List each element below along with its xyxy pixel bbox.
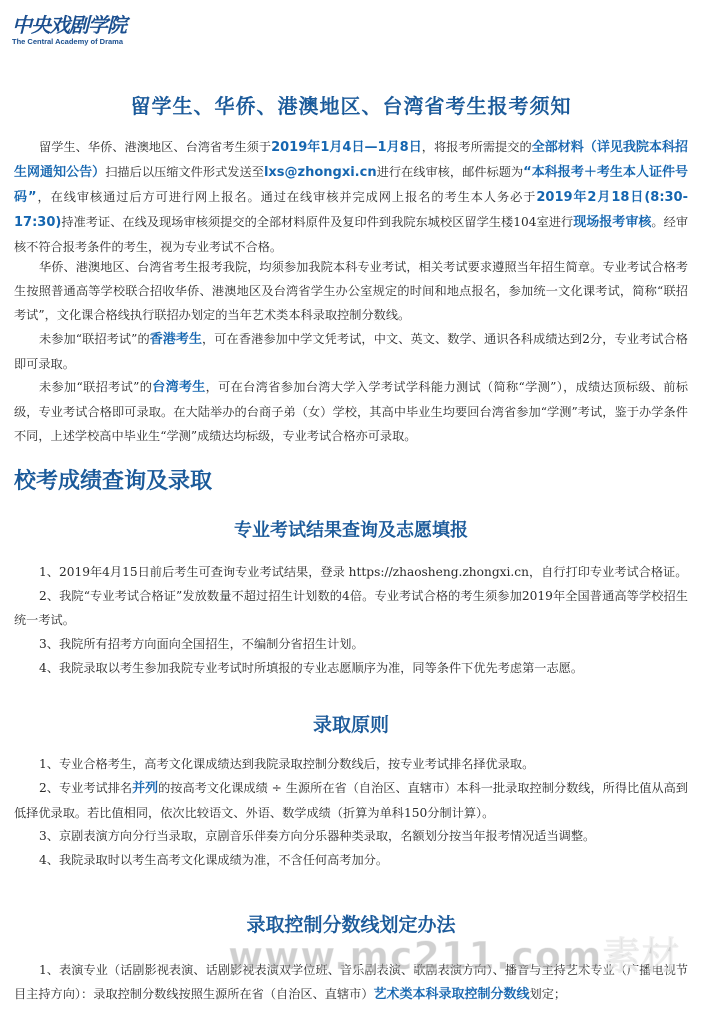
results-item-4: 4、我院录取以考生参加我院专业考试时所填报的专业志愿顺序为准，同等条件下优先考虑… <box>14 656 688 680</box>
text: ，将报考所需提交的 <box>422 140 532 154</box>
subheading-cutoff-method: 录取控制分数线划定办法 <box>0 910 702 937</box>
cutoff-item-1: 1、表演专业（话剧影视表演、话剧影视表演双学位班、音乐剧表演、歌剧表演方向）、播… <box>14 958 688 1007</box>
subheading-admission-principles: 录取原则 <box>0 710 702 737</box>
highlight-art-cutoff: 艺术类本科录取控制分数线 <box>374 987 530 1002</box>
text: 未参加“联招考试”的 <box>39 332 150 346</box>
results-item-3: 3、我院所有招考方向面向全国招生，不编制分省招生计划。 <box>14 632 688 656</box>
text: 持准考证、在线及现场审核须提交的全部材料原件及复印件到我院东城校区留学生楼104… <box>61 215 573 229</box>
principle-item-2: 2、专业考试排名并列的按高考文化课成绩 ÷ 生源所在省（自治区、直辖市）本科一批… <box>14 776 688 825</box>
logo-chinese-name: 中央戏剧学院 <box>12 14 126 36</box>
text: 扫描后以压缩文件形式发送至 <box>105 165 264 179</box>
section-heading: 校考成绩查询及录取 <box>14 464 212 495</box>
text: 未参加“联招考试”的 <box>39 380 152 394</box>
text: 划定； <box>530 987 567 1001</box>
text: 进行在线审核，邮件标题为 <box>377 165 524 179</box>
highlight-dates: 2019年1月4日—1月8日 <box>271 140 422 155</box>
intro-paragraph-4: 未参加“联招考试”的台湾考生，可在台湾省参加台湾大学入学考试学科能力测试（简称“… <box>14 375 688 448</box>
text: 留学生、华侨、港澳地区、台湾省考生须于 <box>39 140 271 154</box>
text: 2、专业考试排名 <box>39 781 132 795</box>
logo: 中央戏剧学院 The Central Academy of Drama <box>12 14 126 46</box>
highlight-tw-students: 台湾考生 <box>152 380 205 395</box>
highlight-hk-students: 香港考生 <box>150 332 202 347</box>
intro-paragraph-1: 留学生、华侨、港澳地区、台湾省考生须于2019年1月4日—1月8日，将报考所需提… <box>14 135 688 259</box>
logo-english-name: The Central Academy of Drama <box>12 37 126 46</box>
highlight-onsite-review: 现场报考审核 <box>573 215 651 230</box>
results-item-2: 2、我院“专业考试合格证”发放数量不超过招生计划数的4倍。专业考试合格的考生须参… <box>14 584 688 632</box>
page-title: 留学生、华侨、港澳地区、台湾省考生报考须知 <box>0 90 702 119</box>
intro-paragraph-3: 未参加“联招考试”的香港考生，可在香港参加中学文凭考试，中文、英文、数学、通识各… <box>14 327 688 376</box>
results-item-1: 1、2019年4月15日前后考生可查询专业考试结果，登录 https://zha… <box>14 560 688 584</box>
highlight-tied: 并列 <box>132 781 158 796</box>
email-link[interactable]: lxs@zhongxi.cn <box>264 165 377 180</box>
intro-paragraph-2: 华侨、港澳地区、台湾省考生报考我院，均须参加我院本科专业考试，相关考试要求遵照当… <box>14 255 688 327</box>
text: 1、表演专业（话剧影视表演、话剧影视表演双学位班、音乐剧表演、歌剧表演方向）、播… <box>14 963 688 1001</box>
principle-item-3: 3、京剧表演方向分行当录取，京剧音乐伴奏方向分乐器种类录取，名额划分按当年报考情… <box>14 824 688 848</box>
principle-item-4: 4、我院录取时以考生高考文化课成绩为准，不含任何高考加分。 <box>14 848 688 872</box>
text: ，在线审核通过后方可进行网上报名。通过在线审核并完成网上报名的考生本人务必于 <box>37 190 537 204</box>
principle-item-1: 1、专业合格考生，高考文化课成绩达到我院录取控制分数线后，按专业考试排名择优录取… <box>14 752 688 776</box>
subheading-results-query: 专业考试结果查询及志愿填报 <box>0 516 702 542</box>
